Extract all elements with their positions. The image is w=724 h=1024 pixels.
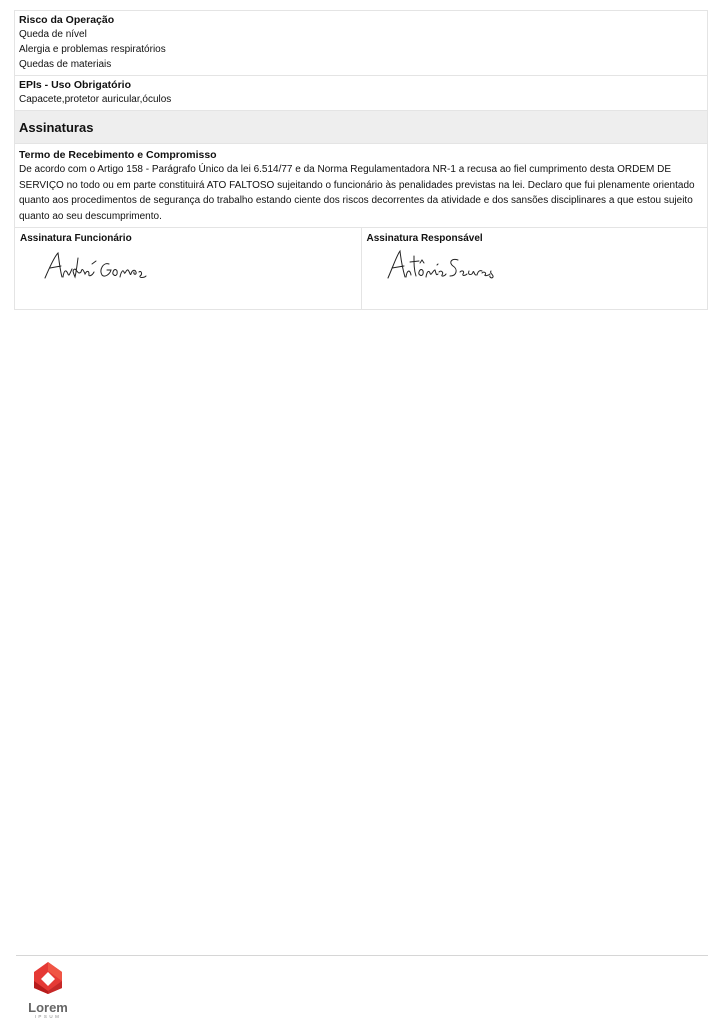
risk-block: Risco da Operação Queda de nível Alergia… <box>15 11 707 76</box>
signatures-section-header: Assinaturas <box>15 111 707 144</box>
employee-signature-label: Assinatura Funcionário <box>20 232 356 246</box>
footer-divider <box>16 955 708 956</box>
document-page: Risco da Operação Queda de nível Alergia… <box>14 10 708 310</box>
epis-block: EPIs - Uso Obrigatório Capacete,protetor… <box>15 76 707 111</box>
employee-signature-image <box>43 250 153 282</box>
term-text: De acordo com o Artigo 158 - Parágrafo Ú… <box>19 162 703 224</box>
term-block: Termo de Recebimento e Compromisso De ac… <box>15 144 707 228</box>
term-title: Termo de Recebimento e Compromisso <box>19 148 703 162</box>
company-logo: Lorem IPSUM <box>25 961 71 1020</box>
risk-item: Quedas de materiais <box>19 57 703 72</box>
logo-wordmark: Lorem <box>25 1001 71 1014</box>
logo-icon <box>32 961 64 995</box>
responsible-signature-cell: Assinatura Responsável <box>361 228 708 309</box>
epis-value: Capacete,protetor auricular,óculos <box>19 92 703 107</box>
epis-title: EPIs - Uso Obrigatório <box>19 78 703 92</box>
form-table: Risco da Operação Queda de nível Alergia… <box>14 10 708 310</box>
employee-signature-cell: Assinatura Funcionário <box>15 228 361 309</box>
risk-item: Alergia e problemas respiratórios <box>19 42 703 57</box>
signature-row: Assinatura Funcionário Assinatura Respon… <box>15 228 707 310</box>
responsible-signature-label: Assinatura Responsável <box>367 232 703 246</box>
risk-item: Queda de nível <box>19 27 703 42</box>
responsible-signature-image <box>386 248 501 282</box>
risk-title: Risco da Operação <box>19 13 703 27</box>
